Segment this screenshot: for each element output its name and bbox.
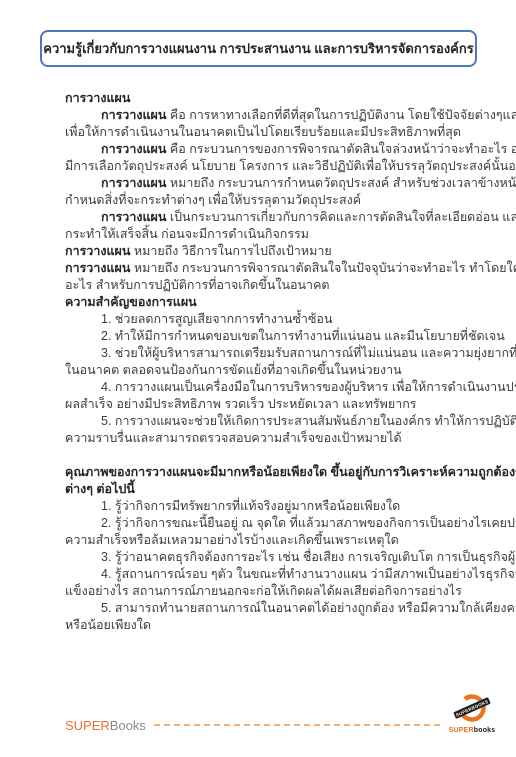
text-line: หรือน้อยเพียงใด — [65, 617, 465, 634]
text-line-bold: การวางแผน — [65, 91, 130, 105]
text-line-bold: การวางแผน — [65, 261, 130, 275]
text-line: อะไร สำหรับการปฏิบัติการที่อาจเกิดขึ้นใน… — [65, 277, 465, 294]
footer-brand-books: Books — [110, 718, 146, 733]
text-line: 2. ทำให้มีการกำหนดขอบเขตในการทำงานที่แน่… — [65, 328, 465, 345]
text-line: คุณภาพของการวางแผนจะมีมากหรือน้อยเพียงใด… — [65, 464, 465, 481]
text-line: ต่างๆ ต่อไปนี้ — [65, 481, 465, 498]
text-line: กระทำให้เสร็จสิ้น ก่อนจะมีการดำเนินกิจกร… — [65, 226, 465, 243]
text-line: 4. รู้สถานการณ์รอบ ๆตัว ในขณะที่ทำงานวาง… — [65, 566, 465, 583]
text-line-bold: ความสำคัญของการแผน — [65, 295, 197, 309]
page-title-box: ความรู้เกี่ยวกับการวางแผนงาน การประสานงา… — [40, 30, 477, 67]
text-line — [65, 447, 465, 464]
footer-divider — [154, 724, 440, 726]
text-line-bold: การวางแผน — [101, 108, 166, 122]
text-line: ความสำเร็จหรือล้มเหลวมาอย่างไรบ้างและเกิ… — [65, 532, 465, 549]
text-line: การวางแผน หมายถึง กระบวนการพิจารณาตัดสิน… — [65, 260, 465, 277]
document-page: ความรู้เกี่ยวกับการวางแผนงาน การประสานงา… — [0, 0, 516, 757]
text-line: ในอนาคต ตลอดจนป้องกันการขัดแย้งที่อาจเกิ… — [65, 362, 465, 379]
text-line: 3. รู้ว่าอนาคตธุรกิจต้องการอะไร เช่น ชื่… — [65, 549, 465, 566]
text-line: 1. ช่วยลดการสูญเสียจากการทำงานซ้ำซ้อน — [65, 311, 465, 328]
text-line: 1. รู้ว่ากิจการมีทรัพยากรที่แท้จริงอยู่ม… — [65, 498, 465, 515]
text-line: การวางแผน คือ การหาทางเลือกที่ดีที่สุดใน… — [65, 107, 465, 124]
logo-text-books: books — [474, 727, 496, 734]
text-line: ความราบรื่นและสามารถตรวจสอบความสำเร็จของ… — [65, 430, 465, 447]
text-line: การวางแผน — [65, 90, 465, 107]
text-line: มีการเลือกวัตถุประสงค์ นโยบาย โครงการ แล… — [65, 158, 465, 175]
page-title: ความรู้เกี่ยวกับการวางแผนงาน การประสานงา… — [43, 38, 473, 59]
text-line-bold: คุณภาพของการวางแผนจะมีมากหรือน้อยเพียงใด… — [65, 465, 516, 479]
text-line-bold: การวางแผน — [101, 142, 166, 156]
text-line: 2. รู้ว่ากิจการขณะนี้ยืนอยู่ ณ จุดใด ที่… — [65, 515, 465, 532]
body-text: การวางแผนการวางแผน คือ การหาทางเลือกที่ด… — [65, 90, 465, 634]
text-line: ผลสำเร็จ อย่างมีประสิทธิภาพ รวดเร็ว ประห… — [65, 396, 465, 413]
text-line: การวางแผน หมายถึง วิธีการในการไปถึงเป้าห… — [65, 243, 465, 260]
text-line: แข็งอย่างไร สถานการณ์ภายนอกจะก่อให้เกิดผ… — [65, 583, 465, 600]
text-line: ความสำคัญของการแผน — [65, 294, 465, 311]
footer-brand: SUPERBooks — [65, 718, 146, 733]
text-line: เพื่อให้การดำเนินงานในอนาคตเป็นไปโดยเรีย… — [65, 124, 465, 141]
text-line: 5. สามารถทำนายสถานการณ์ในอนาคตได้อย่างถู… — [65, 600, 465, 617]
page-footer: SUPERBooks — [65, 714, 440, 736]
text-line: การวางแผน คือ กระบวนการของการพิจารณาตัดส… — [65, 141, 465, 158]
text-line-bold: ต่างๆ ต่อไปนี้ — [65, 482, 135, 496]
superbooks-logo-text: SUPERbooks — [448, 727, 496, 734]
text-line: 4. การวางแผนเป็นเครื่องมือในการบริหารของ… — [65, 379, 465, 396]
superbooks-logo-icon: SUPERBOOKS — [452, 692, 492, 724]
text-line-bold: การวางแผน — [65, 244, 130, 258]
text-line: 5. การวางแผนจะช่วยให้เกิดการประสานสัมพัน… — [65, 413, 465, 430]
text-line: 3. ช่วยให้ผู้บริหารสามารถเตรียมรับสถานกา… — [65, 345, 465, 362]
logo-text-super: SUPER — [449, 727, 474, 734]
text-line: กำหนดสิ่งที่จะกระทำต่างๆ เพื่อให้บรรลุตา… — [65, 192, 465, 209]
text-line-bold: การวางแผน — [101, 210, 166, 224]
text-line-bold: การวางแผน — [101, 176, 166, 190]
text-line: การวางแผน หมายถึง กระบวนการกำหนดวัตถุประ… — [65, 175, 465, 192]
superbooks-logo: SUPERBOOKS SUPERbooks — [448, 692, 496, 734]
text-line: การวางแผน เป็นกระบวนการเกี่ยวกับการคิดแล… — [65, 209, 465, 226]
footer-brand-super: SUPER — [65, 718, 110, 733]
